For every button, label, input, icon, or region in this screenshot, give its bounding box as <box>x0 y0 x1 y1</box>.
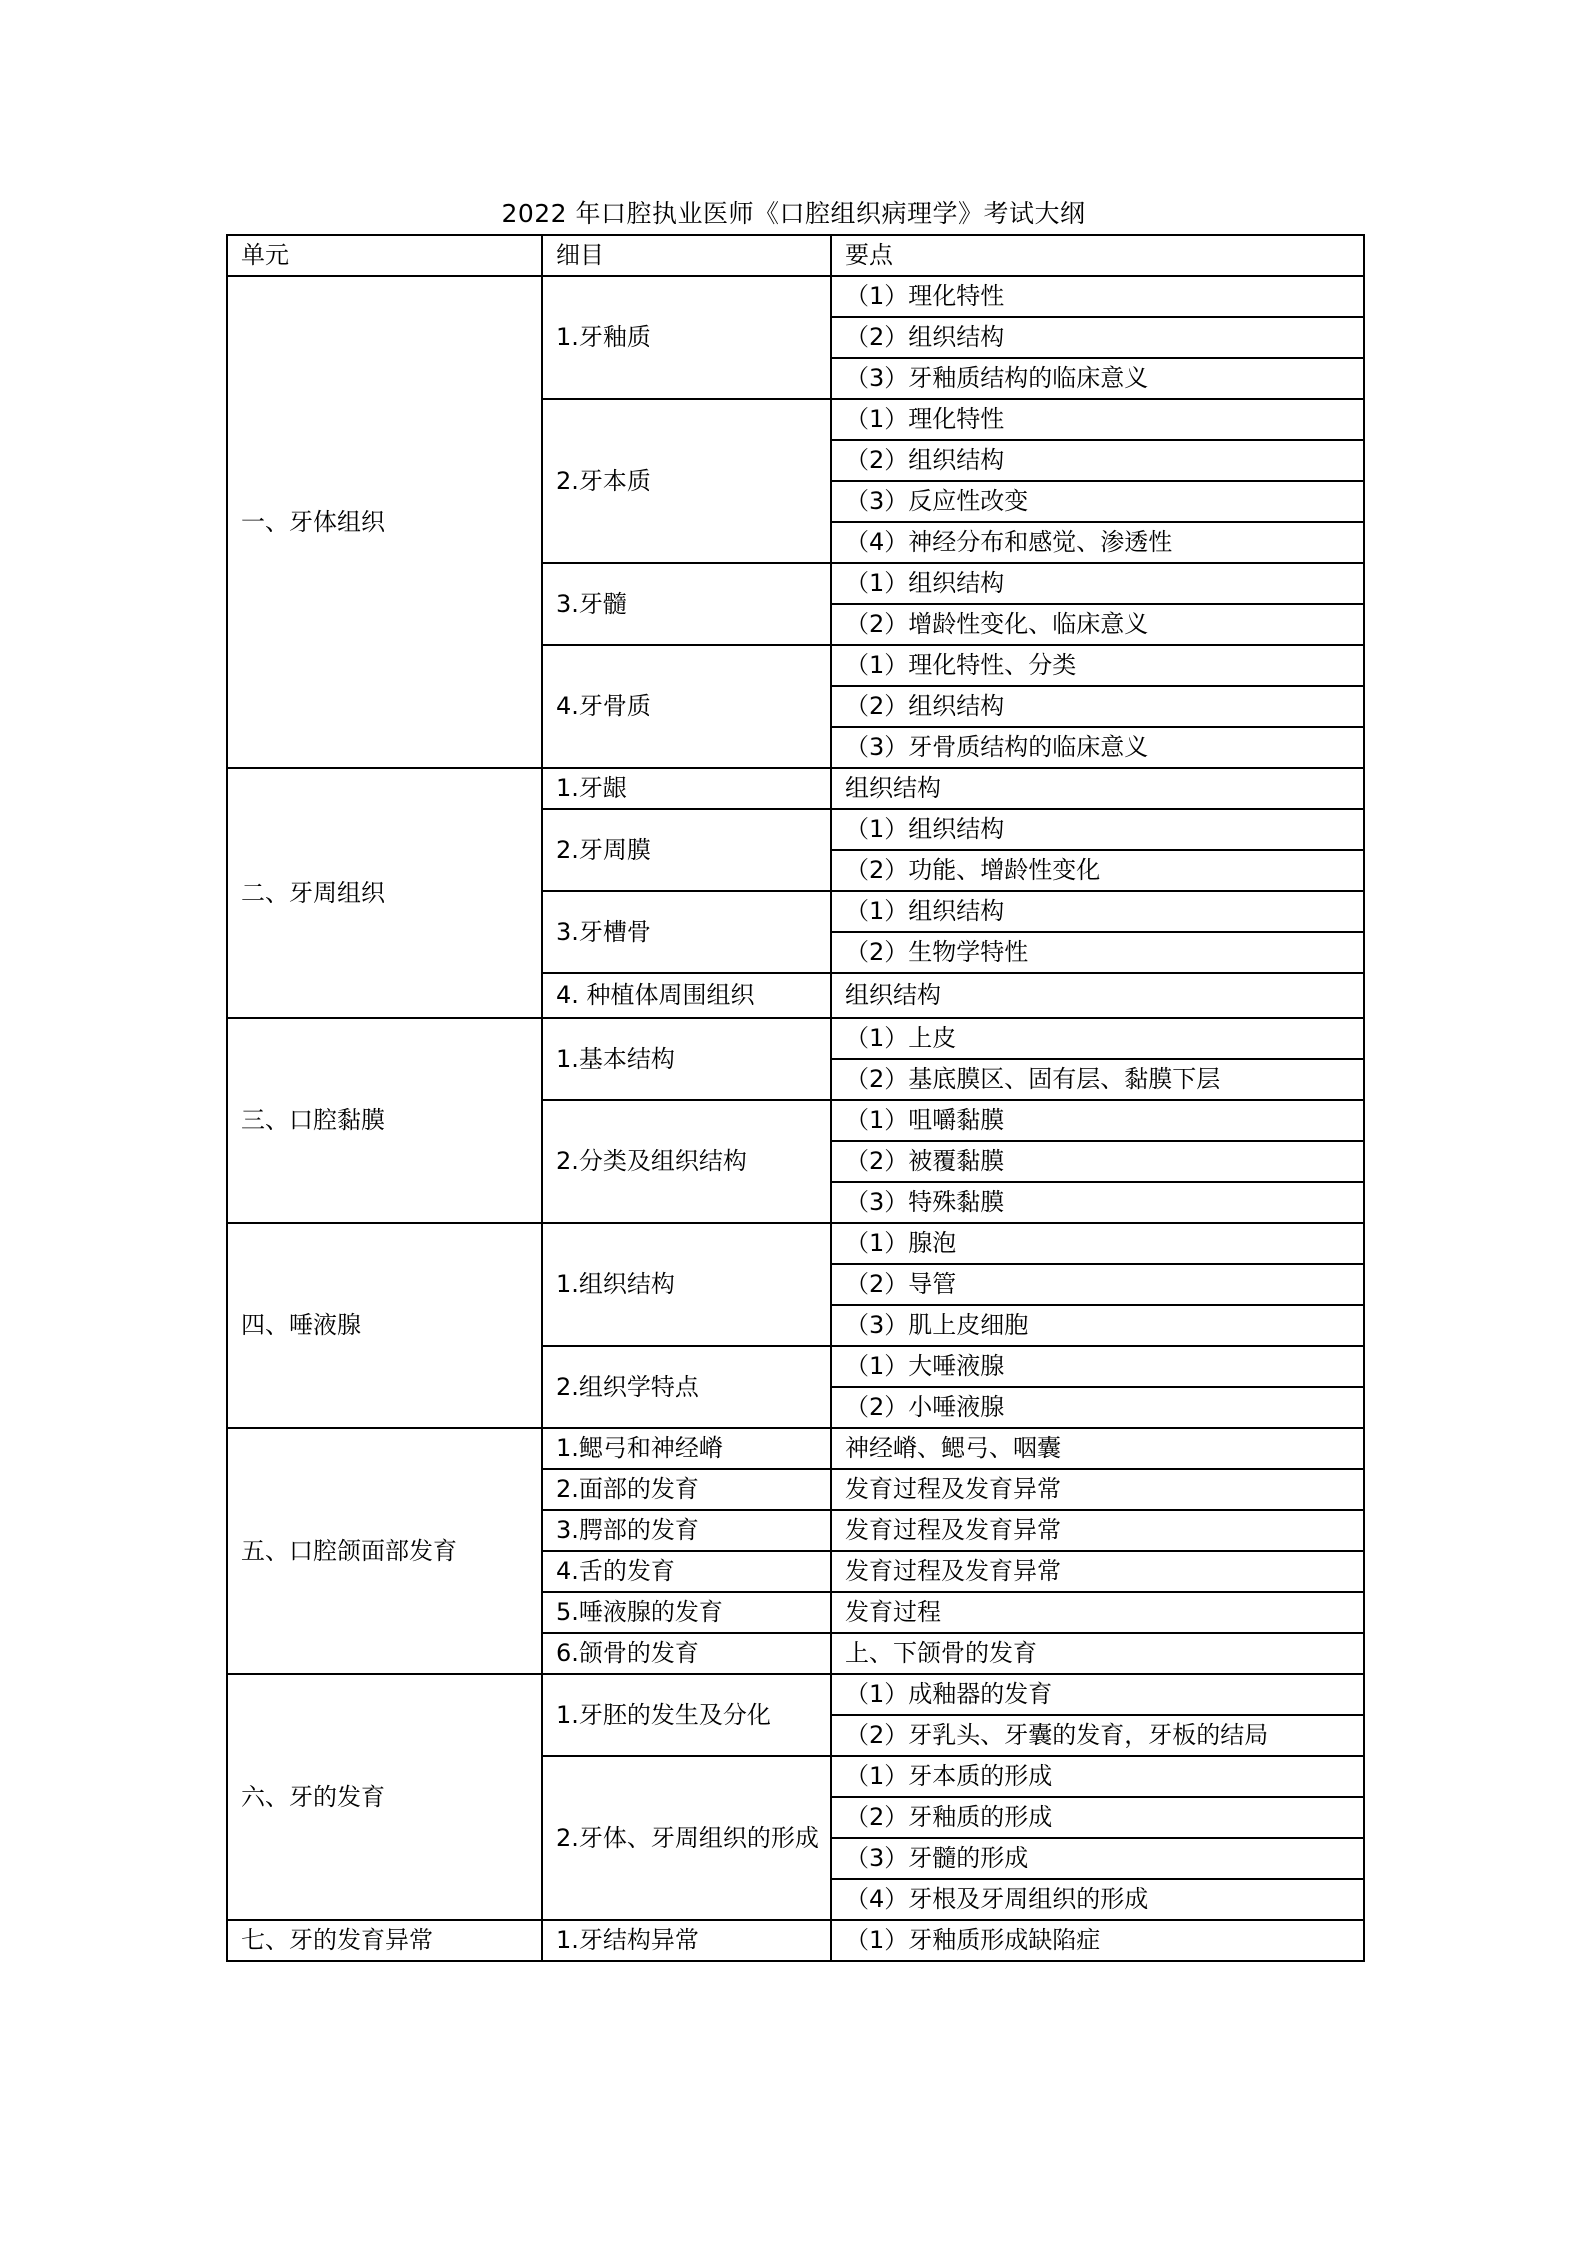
point-cell: （2）基底膜区、固有层、黏膜下层 <box>831 1059 1364 1100</box>
point-cell: （2）增龄性变化、临床意义 <box>831 604 1364 645</box>
item-cell: 2.牙体、牙周组织的形成 <box>542 1756 831 1920</box>
item-cell: 1.牙龈 <box>542 768 831 809</box>
item-cell: 1.牙胚的发生及分化 <box>542 1674 831 1756</box>
table-row: 三、口腔黏膜1.基本结构（1）上皮 <box>227 1018 1364 1059</box>
point-cell: （1）理化特性 <box>831 399 1364 440</box>
point-cell: （3）牙釉质结构的临床意义 <box>831 358 1364 399</box>
unit-cell: 一、牙体组织 <box>227 276 542 768</box>
unit-cell: 七、牙的发育异常 <box>227 1920 542 1961</box>
point-cell: （2）被覆黏膜 <box>831 1141 1364 1182</box>
point-cell: （1）牙釉质形成缺陷症 <box>831 1920 1364 1961</box>
point-cell: 组织结构 <box>831 973 1364 1018</box>
point-cell: 发育过程 <box>831 1592 1364 1633</box>
point-cell: （2）功能、增龄性变化 <box>831 850 1364 891</box>
table-row: 四、唾液腺1.组织结构（1）腺泡 <box>227 1223 1364 1264</box>
point-cell: （2）牙釉质的形成 <box>831 1797 1364 1838</box>
unit-cell: 五、口腔颌面部发育 <box>227 1428 542 1674</box>
item-cell: 4.舌的发育 <box>542 1551 831 1592</box>
point-cell: （3）牙髓的形成 <box>831 1838 1364 1879</box>
point-cell: （1）理化特性、分类 <box>831 645 1364 686</box>
item-cell: 2.组织学特点 <box>542 1346 831 1428</box>
point-cell: 上、下颌骨的发育 <box>831 1633 1364 1674</box>
item-cell: 6.颌骨的发育 <box>542 1633 831 1674</box>
unit-cell: 三、口腔黏膜 <box>227 1018 542 1223</box>
point-cell: （1）咀嚼黏膜 <box>831 1100 1364 1141</box>
point-cell: （2）牙乳头、牙囊的发育，牙板的结局 <box>831 1715 1364 1756</box>
header-points: 要点 <box>831 235 1364 276</box>
header-item: 细目 <box>542 235 831 276</box>
point-cell: （2）生物学特性 <box>831 932 1364 973</box>
item-cell: 2.牙周膜 <box>542 809 831 891</box>
point-cell: （1）理化特性 <box>831 276 1364 317</box>
item-cell: 1.鳃弓和神经嵴 <box>542 1428 831 1469</box>
syllabus-table: 单元 细目 要点 一、牙体组织1.牙釉质（1）理化特性（2）组织结构（3）牙釉质… <box>226 234 1365 1962</box>
table-row: 七、牙的发育异常1.牙结构异常（1）牙釉质形成缺陷症 <box>227 1920 1364 1961</box>
point-cell: （2）组织结构 <box>831 440 1364 481</box>
item-cell: 3.腭部的发育 <box>542 1510 831 1551</box>
table-row: 五、口腔颌面部发育1.鳃弓和神经嵴神经嵴、鳃弓、咽囊 <box>227 1428 1364 1469</box>
point-cell: （1）牙本质的形成 <box>831 1756 1364 1797</box>
document-title: 2022 年口腔执业医师《口腔组织病理学》考试大纲 <box>0 196 1587 232</box>
point-cell: （3）特殊黏膜 <box>831 1182 1364 1223</box>
item-cell: 3.牙槽骨 <box>542 891 831 973</box>
item-cell: 1.牙釉质 <box>542 276 831 399</box>
point-cell: 发育过程及发育异常 <box>831 1510 1364 1551</box>
point-cell: （3）反应性改变 <box>831 481 1364 522</box>
point-cell: （4）牙根及牙周组织的形成 <box>831 1879 1364 1920</box>
point-cell: （3）牙骨质结构的临床意义 <box>831 727 1364 768</box>
point-cell: 发育过程及发育异常 <box>831 1469 1364 1510</box>
item-cell: 2.牙本质 <box>542 399 831 563</box>
item-cell: 1.基本结构 <box>542 1018 831 1100</box>
point-cell: 发育过程及发育异常 <box>831 1551 1364 1592</box>
item-cell: 1.牙结构异常 <box>542 1920 831 1961</box>
item-cell: 3.牙髓 <box>542 563 831 645</box>
table-row: 六、牙的发育1.牙胚的发生及分化（1）成釉器的发育 <box>227 1674 1364 1715</box>
item-cell: 4. 种植体周围组织 <box>542 973 831 1018</box>
point-cell: （1）组织结构 <box>831 809 1364 850</box>
item-cell: 5.唾液腺的发育 <box>542 1592 831 1633</box>
unit-cell: 二、牙周组织 <box>227 768 542 1018</box>
point-cell: （1）大唾液腺 <box>831 1346 1364 1387</box>
point-cell: （1）组织结构 <box>831 891 1364 932</box>
point-cell: （2）组织结构 <box>831 317 1364 358</box>
table-row: 一、牙体组织1.牙釉质（1）理化特性 <box>227 276 1364 317</box>
point-cell: （1）组织结构 <box>831 563 1364 604</box>
point-cell: （2）组织结构 <box>831 686 1364 727</box>
point-cell: （1）腺泡 <box>831 1223 1364 1264</box>
table-header-row: 单元 细目 要点 <box>227 235 1364 276</box>
unit-cell: 六、牙的发育 <box>227 1674 542 1920</box>
table-row: 二、牙周组织1.牙龈组织结构 <box>227 768 1364 809</box>
point-cell: （4）神经分布和感觉、渗透性 <box>831 522 1364 563</box>
header-unit: 单元 <box>227 235 542 276</box>
point-cell: 组织结构 <box>831 768 1364 809</box>
point-cell: 神经嵴、鳃弓、咽囊 <box>831 1428 1364 1469</box>
item-cell: 2.分类及组织结构 <box>542 1100 831 1223</box>
point-cell: （2）小唾液腺 <box>831 1387 1364 1428</box>
point-cell: （1）上皮 <box>831 1018 1364 1059</box>
item-cell: 2.面部的发育 <box>542 1469 831 1510</box>
item-cell: 4.牙骨质 <box>542 645 831 768</box>
point-cell: （3）肌上皮细胞 <box>831 1305 1364 1346</box>
unit-cell: 四、唾液腺 <box>227 1223 542 1428</box>
item-cell: 1.组织结构 <box>542 1223 831 1346</box>
point-cell: （1）成釉器的发育 <box>831 1674 1364 1715</box>
point-cell: （2）导管 <box>831 1264 1364 1305</box>
